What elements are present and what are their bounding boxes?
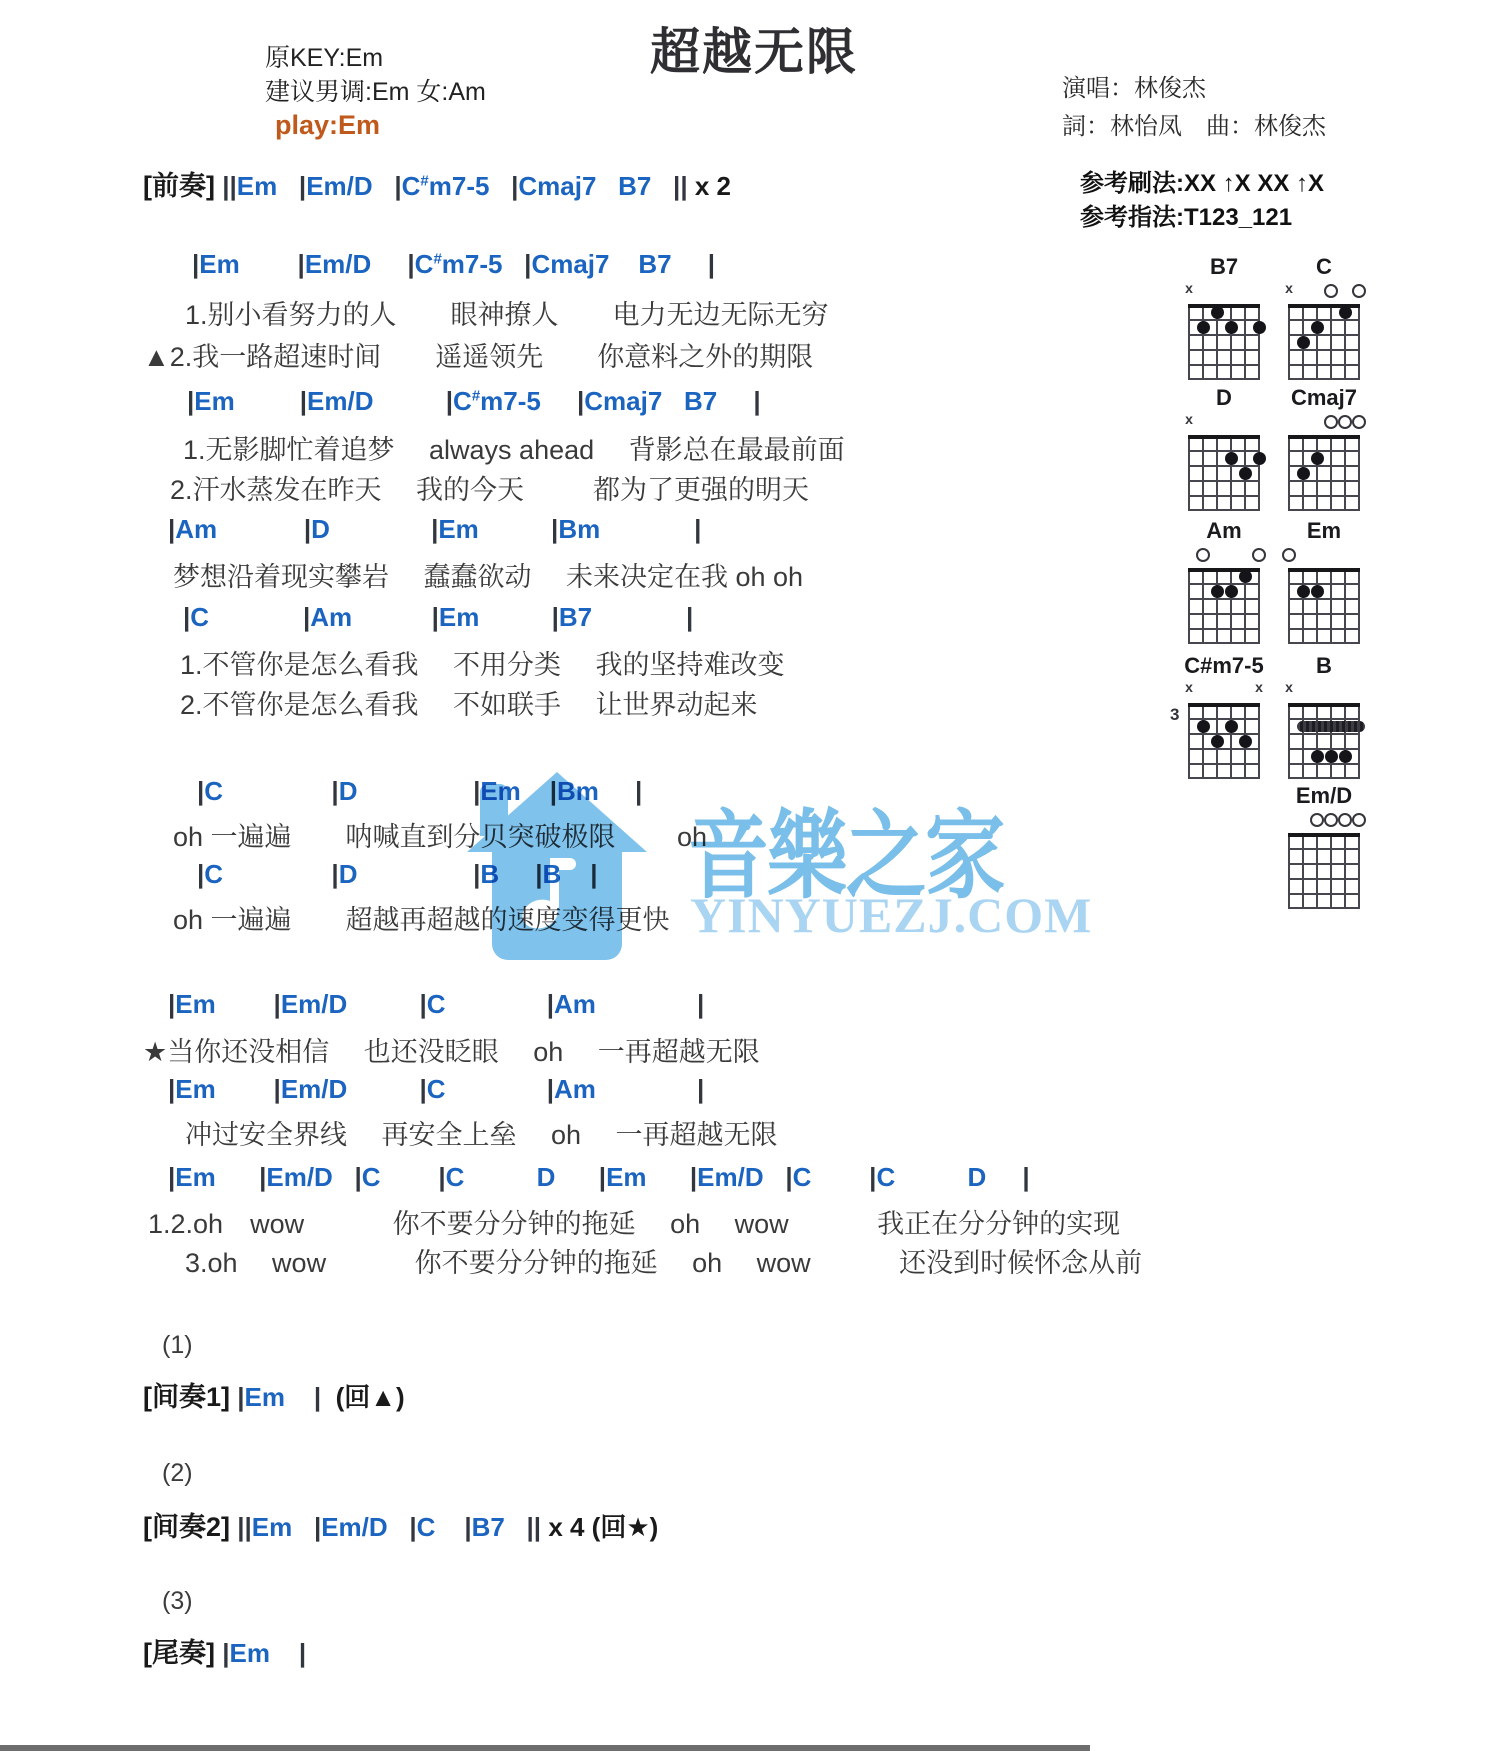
chord-diagram-label: Em: [1268, 518, 1380, 544]
section-marker: (2): [162, 1459, 193, 1488]
lyric-line: 3.oh wow 你不要分分钟的拖延 oh wow 还没到时候怀念从前: [185, 1241, 1142, 1280]
muted-string-marker: x: [1282, 280, 1296, 296]
lyric-line: oh 一遍遍 呐喊直到分贝突破极限 oh: [173, 815, 707, 854]
section-line: [前奏] ||Em |Em/D |C#m7-5 |Cmaj7 B7 || x 2: [143, 164, 731, 203]
open-string-marker: [1324, 415, 1338, 429]
chord-diagram-label: Em/D: [1268, 783, 1380, 809]
muted-string-marker: x: [1182, 411, 1196, 427]
finger-dot: [1311, 452, 1324, 465]
lyric-line: 2.不管你是怎么看我 不如联手 让世界动起来: [180, 683, 758, 722]
chord-line: |Em |Em/D |C |C D |Em |Em/D |C |C D |: [168, 1162, 1030, 1193]
section-line: [间奏1] |Em | (回▲): [143, 1375, 405, 1414]
finger-dot: [1211, 306, 1224, 319]
finger-dot: [1197, 321, 1210, 334]
section-label: [尾奏]: [143, 1638, 215, 1668]
chord-diagram-b7: B7x: [1188, 304, 1260, 378]
chord-diagram-label: C: [1268, 254, 1380, 280]
open-string-marker: [1196, 548, 1210, 562]
page-title: 超越无限: [650, 12, 858, 84]
lyric-line: 1.无影脚忙着追梦 always ahead 背影总在最最前面: [183, 428, 845, 467]
finger-dot: [1239, 735, 1252, 748]
finger-dot: [1297, 467, 1310, 480]
chord-diagram-label: B: [1268, 653, 1380, 679]
lyric-line: 1.不管你是怎么看我 不用分类 我的坚持难改变: [180, 643, 785, 682]
chord-line: |Am |D |Em |Bm |: [168, 514, 701, 545]
chord-diagram-label: Am: [1168, 518, 1280, 544]
chord-diagram-d: Dx: [1188, 435, 1260, 509]
finger-dot: [1211, 585, 1224, 598]
section-suffix: x 4 (回★): [548, 1512, 658, 1542]
chord-diagram-label: D: [1168, 385, 1280, 411]
open-string-marker: [1352, 284, 1366, 298]
lyric-line: 冲过安全界线 再安全上垒 oh 一再超越无限: [185, 1113, 778, 1152]
section-line: [尾奏] |Em |: [143, 1631, 306, 1670]
chord-sheet-page: 原KEY:Em 建议男调:Em 女:Am play:Em 超越无限 演唱：林俊杰…: [0, 0, 1500, 1751]
scan-edge-strip: [0, 1745, 1090, 1751]
finger-reference: 参考指法:T123_121: [1080, 197, 1292, 232]
chord-diagram-cm75: C#m7-5xx3: [1188, 703, 1260, 777]
finger-dot: [1297, 585, 1310, 598]
open-string-marker: [1338, 415, 1352, 429]
chord-line: |Em |Em/D |C |Am |: [168, 1074, 704, 1105]
section-marker: (3): [162, 1587, 193, 1616]
finger-dot: [1225, 585, 1238, 598]
chord-diagram-label: C#m7-5: [1168, 653, 1280, 679]
original-key: 原KEY:Em: [265, 38, 383, 74]
barre-marker: [1297, 721, 1365, 732]
open-string-marker: [1352, 415, 1366, 429]
finger-dot: [1225, 720, 1238, 733]
chord-diagram-c: Cx: [1288, 304, 1360, 378]
writer-credit: 詞：林怡凤 曲：林俊杰: [1062, 106, 1326, 141]
muted-string-marker: x: [1282, 679, 1296, 695]
finger-dot: [1253, 452, 1266, 465]
chord-line: |Em |Em/D |C |Am |: [168, 989, 704, 1020]
finger-dot: [1339, 750, 1352, 763]
lyric-line: 梦想沿着现实攀岩 蠢蠢欲动 未来决定在我 oh oh: [173, 555, 803, 594]
open-string-marker: [1324, 813, 1338, 827]
lyric-line: ★当你还没相信 也还没眨眼 oh 一再超越无限: [143, 1030, 760, 1069]
finger-dot: [1311, 321, 1324, 334]
finger-dot: [1239, 570, 1252, 583]
finger-dot: [1225, 321, 1238, 334]
section-chords: |Em |: [230, 1382, 336, 1412]
chord-diagram-am: Am: [1188, 568, 1260, 642]
chord-line: |Em |Em/D |C#m7-5 |Cmaj7 B7 |: [192, 249, 715, 280]
chord-diagram-em: Em: [1288, 568, 1360, 642]
section-line: [间奏2] ||Em |Em/D |C |B7 || x 4 (回★): [143, 1505, 658, 1544]
finger-dot: [1325, 750, 1338, 763]
lyric-line: ▲2.我一路超速时间 遥遥领先 你意料之外的期限: [143, 335, 813, 374]
watermark-url: YINYUEZJ.COM: [690, 886, 1092, 944]
finger-dot: [1339, 306, 1352, 319]
lyric-line: 2.汗水蒸发在昨天 我的今天 都为了更强的明天: [170, 468, 809, 507]
chord-diagram-cmaj7: Cmaj7: [1288, 435, 1360, 509]
lyric-line: oh 一遍遍 超越再超越的速度变得更快: [173, 898, 670, 937]
finger-dot: [1297, 336, 1310, 349]
chord-line: |C |D |Em |Bm |: [197, 776, 642, 807]
chord-diagram-label: Cmaj7: [1268, 385, 1380, 411]
section-chords: ||Em |Em/D |C |B7 ||: [230, 1512, 548, 1542]
section-label: [间奏1]: [143, 1382, 230, 1412]
lyric-line: 1.别小看努力的人 眼神撩人 电力无边无际无穷: [185, 293, 829, 332]
chord-line: |Em |Em/D |C#m7-5 |Cmaj7 B7 |: [187, 386, 761, 417]
section-chords: ||Em |Em/D |C#m7-5 |Cmaj7 B7 ||: [215, 171, 695, 201]
section-marker: (1): [162, 1331, 193, 1360]
finger-dot: [1311, 750, 1324, 763]
open-string-marker: [1352, 813, 1366, 827]
play-key: play:Em: [275, 110, 380, 141]
muted-string-marker: x: [1182, 679, 1196, 695]
lyric-line: 1.2.oh wow 你不要分分钟的拖延 oh wow 我正在分分钟的实现: [148, 1202, 1120, 1241]
open-string-marker: [1252, 548, 1266, 562]
fret-position-number: 3: [1170, 705, 1179, 725]
finger-dot: [1225, 452, 1238, 465]
singer-credit: 演唱：林俊杰: [1062, 68, 1206, 103]
muted-string-marker: x: [1252, 679, 1266, 695]
strum-reference: 参考刷法:XX ↑X XX ↑X: [1080, 163, 1324, 198]
open-string-marker: [1282, 548, 1296, 562]
finger-dot: [1311, 585, 1324, 598]
finger-dot: [1197, 720, 1210, 733]
watermark-text: 音樂之家: [688, 780, 1004, 917]
chord-diagram-b: Bx: [1288, 703, 1360, 777]
chord-line: |C |D |B |B |: [197, 859, 597, 890]
section-suffix: (回▲): [336, 1382, 405, 1412]
muted-string-marker: x: [1182, 280, 1196, 296]
chord-line: |C |Am |Em |B7 |: [183, 602, 693, 633]
section-label: [间奏2]: [143, 1512, 230, 1542]
chord-diagram-label: B7: [1168, 254, 1280, 280]
chord-diagram-emd: Em/D: [1288, 833, 1360, 907]
section-label: [前奏]: [143, 171, 215, 201]
open-string-marker: [1338, 813, 1352, 827]
finger-dot: [1239, 467, 1252, 480]
finger-dot: [1211, 735, 1224, 748]
open-string-marker: [1324, 284, 1338, 298]
finger-dot: [1253, 321, 1266, 334]
suggested-key: 建议男调:Em 女:Am: [265, 72, 486, 108]
open-string-marker: [1310, 813, 1324, 827]
section-suffix: x 2: [695, 171, 731, 201]
section-chords: |Em |: [215, 1638, 306, 1668]
